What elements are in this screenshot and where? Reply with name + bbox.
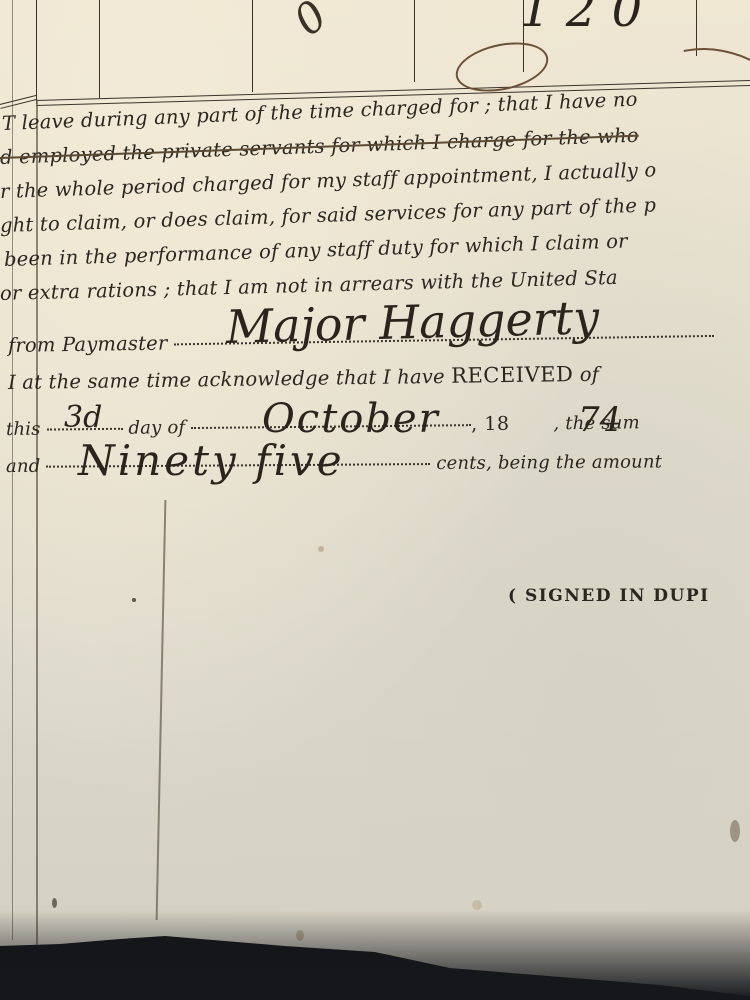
day-handwritten: 3d: [64, 400, 102, 435]
paper-stain: [730, 820, 740, 842]
paper-stain: [132, 598, 136, 602]
paper-stain: [52, 898, 57, 908]
paper-fold: [156, 500, 166, 920]
table-rule: [252, 0, 253, 92]
cents-suffix: cents, being the amount: [436, 451, 662, 474]
and-label: and: [6, 456, 41, 477]
oath-line: ght to claim, or does claim, for said se…: [0, 193, 656, 237]
paper-stain: [296, 930, 304, 941]
acknowledge-prefix: I at the same time acknowledge that I ha…: [8, 365, 451, 394]
table-rule: [99, 0, 100, 98]
received-word: RECEIVED: [451, 362, 573, 388]
year-prefix: , 18: [471, 413, 509, 435]
document-page: 0 1 2 0 T leave during any part of the t…: [0, 0, 750, 1000]
paymaster-name-handwritten: Major Haggerty: [225, 290, 600, 354]
year-handwritten: 74: [578, 400, 621, 440]
signed-in-duplicate-note: ( SIGNED IN DUPI: [508, 586, 710, 606]
acknowledge-line: I at the same time acknowledge that I ha…: [8, 362, 599, 394]
acknowledge-suffix: of: [573, 363, 599, 386]
this-label: this: [6, 419, 41, 440]
paper-stain: [318, 546, 324, 552]
table-rule: [414, 0, 415, 82]
paper-stain: [472, 900, 482, 910]
table-corner-rule: [0, 95, 37, 109]
oath-line: been in the performance of any staff dut…: [4, 229, 628, 270]
paymaster-label: from Paymaster: [8, 331, 168, 357]
table-entry-handwritten: 0: [284, 0, 336, 45]
amount-handwritten: Ninety five: [78, 436, 345, 485]
table-rule: [36, 0, 37, 104]
table-entry-handwritten: 1 2 0: [520, 0, 642, 38]
